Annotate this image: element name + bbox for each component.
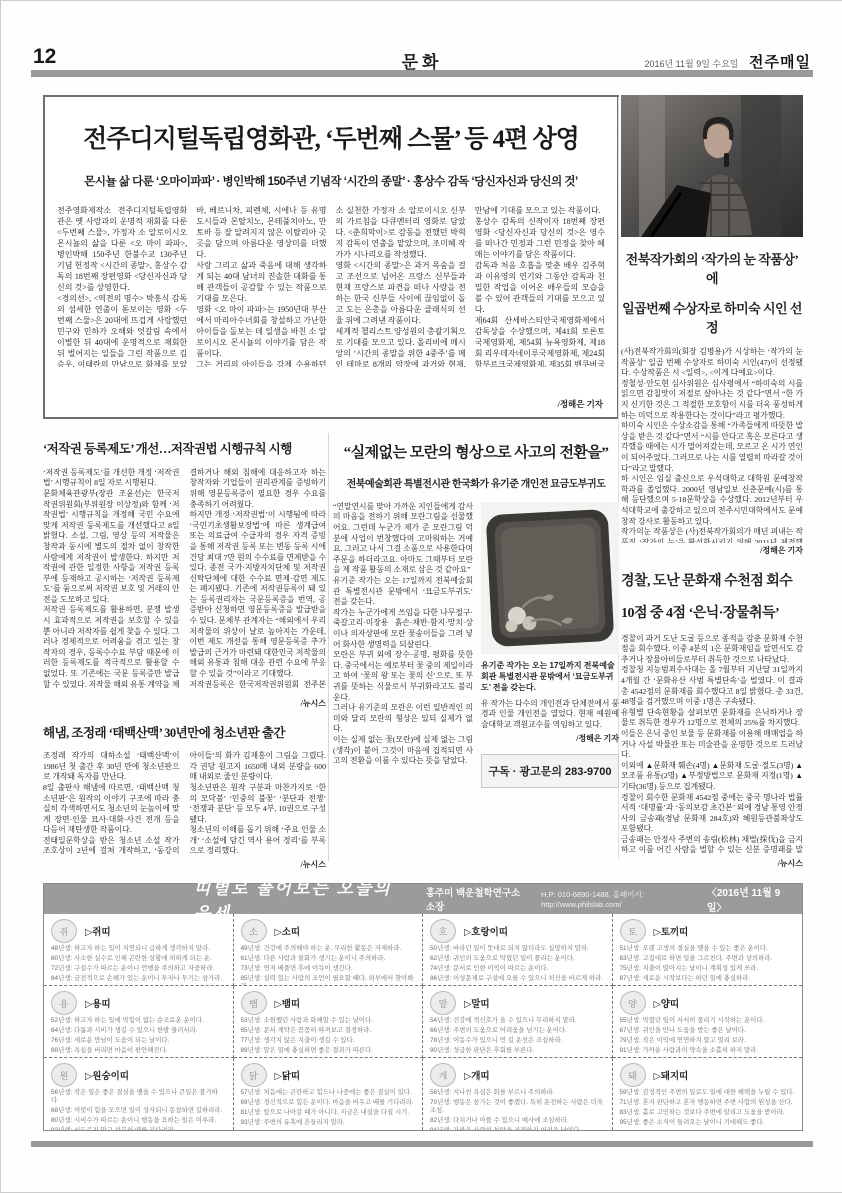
fortune-line: 51년생: 오랜 고생의 결실을 맺을 수 있는 좋은 운이다. — [620, 945, 796, 954]
exhibition-right-column: 유기준 작가는 오는 17일까지 전북예술회관 특별전시관 문밖에서 ‘묘금도부… — [481, 502, 619, 788]
exhibition-subheadline: 전북예술회관 특별전시관 한국화가 유기준 개인전 묘금도부귀도 — [333, 475, 619, 490]
fortune-line: 52년생: 하고자 하는 일에 막힘이 없는 순조로운 운이다. — [51, 1017, 226, 1026]
zodiac-name: ▷용띠 — [85, 996, 111, 1010]
horoscope-cell-pig: 돼▷돼지띠 59년생: 감정적인 주변의 일로도 일에 대한 혜택을 누릴 수 … — [613, 1058, 803, 1130]
award-byline: /정해은 기자 — [621, 545, 803, 556]
zodiac-name: ▷쥐띠 — [85, 924, 111, 938]
fortune-line: 80년생: 시비수가 따르는 운이니 행동을 요하는 일은 미루라. — [51, 1117, 226, 1126]
horse-icon: 말 — [430, 991, 456, 1015]
book-article-body: 조정래 작가의 대하소설 ‘태백산맥’이 1986년 첫 출간 후 30년 만에… — [43, 751, 326, 857]
main-article: 전주디지털독립영화관, ‘두번째 스물’ 등 4편 상영 몬시뇰 삶 다룬 ‘오… — [43, 95, 619, 419]
fortune-line: 94년생: 가까운 사람의 부탁을 거절하기 어려운 날이다. — [430, 1127, 605, 1130]
horoscope-author: 홍주미 백운철학연구소 소장 — [426, 885, 529, 913]
horoscope-date: 〈2016년 11월 9일〉 — [707, 884, 790, 914]
fortune-line: 72년생: 구설수가 따르는 운이니 언행을 주의하고 자중하라. — [51, 965, 226, 974]
fortune-line: 76년생: 새로운 만남이 도움이 되는 날이다. — [51, 1037, 226, 1046]
horoscope-header-bar: 띠별로 풀어보는 오늘의 운세 홍주미 백운철학연구소 소장 H.P: 010-… — [44, 884, 802, 914]
fortune-line: 92년생: 서두르지 말고 차분히 때를 기다려라. — [51, 1127, 226, 1130]
fortune-line: 69년생: 정신적으로 힘든 운이다. 마음을 비우고 때를 기다려라. — [241, 1099, 416, 1108]
fortune-line: 91년생: 가까운 사람과의 약속을 소홀히 하지 말라. — [620, 1047, 796, 1056]
police-headline-line2: 10점 중 4점 ‘은닉·장물취득’ — [621, 602, 803, 622]
rat-icon: 쥐 — [51, 919, 77, 943]
police-byline: /뉴시스 — [621, 858, 803, 869]
fortune-line: 54년생: 건강에 적신호가 올 수 있으니 무리하지 말라. — [430, 1017, 605, 1026]
fortune-line: 65년생: 문서 계약은 꼼꼼히 따져보고 결정하라. — [241, 1027, 416, 1036]
horoscope-cell-rabbit: 토▷토끼띠 51년생: 오랜 고생의 결실을 맺을 수 있는 좋은 운이다. 6… — [613, 914, 803, 986]
fortune-line: 86년생: 이성문제로 구설에 오를 수 있으니 처신을 바르게 하라. — [430, 975, 605, 984]
fortune-line: 55년생: 막혔던 일이 서서히 풀리기 시작하는 운이다. — [620, 1017, 796, 1026]
masthead: 2016년 11월 9일 수요일 전주매일 — [644, 51, 811, 72]
award-article-body: (사)전북작가회의(회장 김병용)가 시상하는 ‘작가의 눈 작품상’ 일곱 번… — [621, 347, 803, 543]
award-headline-line2: 일곱번째 수상자로 하미숙 시인 선정 — [621, 298, 803, 336]
ox-icon: 소 — [241, 919, 267, 943]
fortune-line: 64년생: 다툼과 시비가 생길 수 있으니 한발 물러서라. — [51, 1027, 226, 1036]
fortune-line: 58년생: 지나친 욕심은 화를 부르니 주의하라. — [430, 1089, 605, 1098]
zodiac-name: ▷뱀띠 — [275, 996, 301, 1010]
fortune-line: 59년생: 감정적인 주변의 일로도 일에 대한 혜택을 누릴 수 있다. — [620, 1089, 796, 1098]
exhibition-article: “실제없는 모란의 형상으로 사고의 전환을” 전북예술회관 특별전시관 한국화… — [333, 429, 619, 788]
main-byline: /정해은 기자 — [557, 398, 603, 410]
horoscope-cell-horse: 말▷말띠 54년생: 건강에 적신호가 올 수 있으니 무리하지 말라. 66년… — [423, 986, 613, 1058]
fortune-line: 79년생: 작은 이익에 연연하지 말고 멀리 보라. — [620, 1037, 796, 1046]
exhibition-body-right: 유 작가는 다수의 개인전과 단체전에서 풍경과 인물 개인전을 열었다. 현재… — [481, 699, 619, 731]
zodiac-name: ▷닭띠 — [275, 1068, 301, 1082]
fortune-line: 61년생: 다른 사람과 불화가 생기는 운이니 주의하라. — [241, 955, 416, 964]
fortune-line: 56년생: 작은 일은 좋은 결실을 맺을 수 있으나 큰일은 불가하다. — [51, 1089, 226, 1106]
header-rule — [31, 70, 813, 77]
fortune-line: 93년생: 주변의 유혹에 흔들리지 말라. — [241, 1119, 416, 1128]
fortune-line: 78년생: 이동수가 있으니 먼 길 운전은 조심하라. — [430, 1037, 605, 1046]
horoscope-cell-dragon: 용▷용띠 52년생: 하고자 하는 일에 막힘이 없는 순조로운 운이다. 64… — [44, 986, 234, 1058]
award-headline-line1: 전북작가회의 ‘작가의 눈 작품상’ 에 — [621, 249, 803, 287]
fortune-line: 48년생: 하고자 하는 일이 지연되니 급하게 생각하지 말라. — [51, 945, 226, 954]
book-byline: /뉴시스 — [43, 859, 326, 870]
tiger-icon: 호 — [430, 919, 456, 943]
zodiac-name: ▷돼지띠 — [654, 1068, 689, 1082]
column-divider — [328, 433, 329, 861]
fortune-line: 95년생: 좋은 소식이 들려오는 날이니 기대해도 좋다. — [620, 1119, 796, 1128]
award-winner-photo — [621, 95, 803, 237]
fortune-line: 87년생: 새로운 시작보다는 하던 일에 충실하라. — [620, 975, 796, 984]
horoscope-cell-dog: 개▷개띠 58년생: 지나친 욕심은 화를 부르니 주의하라. 70년생: 행동… — [423, 1058, 613, 1130]
police-article-body: 경찰이 과거 도난 도굴 등으로 종적을 감춘 문화재 수천점을 회수했다. 이… — [621, 634, 803, 856]
fortune-line: 66년생: 주변의 도움으로 어려움을 넘기는 운이다. — [430, 1027, 605, 1036]
horoscope-cell-tiger: 호▷호랑이띠 50년생: 바라던 일이 뜻대로 되지 않더라도 실망하지 말라.… — [423, 914, 613, 986]
horoscope-cell-snake: 뱀▷뱀띠 53년생: 소원했던 사람과 화해할 수 있는 날이다. 65년생: … — [234, 986, 424, 1058]
book-headline: 해냄, 조정래 ‘태백산맥’ 30년만에 청소년판 출간 — [43, 723, 326, 741]
left-column-articles: ‘저작권 등록제도’ 개선…저작권법 시행규칙 시행 ‘저작권 등록제도’를 개… — [43, 429, 326, 870]
dragon-icon: 용 — [51, 991, 77, 1015]
main-subheadline: 몬시뇰 삶 다룬 ‘오마이파파’ · 병인박해 150주년 기념작 ‘시간의 종… — [53, 173, 609, 189]
dog-icon: 개 — [430, 1063, 456, 1087]
rabbit-icon: 토 — [620, 919, 646, 943]
fortune-line: 83년생: 홀로 고민하는 것보다 주변에 알리고 도움을 받아라. — [620, 1109, 796, 1118]
fortune-line: 90년생: 성급한 판단은 후회를 부른다. — [430, 1047, 605, 1056]
fortune-line: 85년생: 실력 있는 사람의 조언이 필요할 때다. 외부에서 찾아봐라. — [241, 975, 416, 986]
main-column-2: 바, 베르니차, 피렌체, 시에나 등 유명 도시들과 몬탈치노, 몬테풀치아노… — [196, 205, 326, 367]
main-article-body: 전주영화제작소 전주디지털독립영화관은 옛 사랑과의 운명적 재회를 다룬 <두… — [57, 205, 605, 367]
issue-date: 2016년 11월 9일 수요일 — [644, 59, 738, 69]
artwork-caption: 유기준 작가는 오는 17일까지 전북예술회관 특별전시관 문밖에서 ‘묘금도부… — [481, 660, 619, 693]
footer-rule — [31, 1141, 813, 1147]
sidebar: 전북작가회의 ‘작가의 눈 작품상’ 에 일곱번째 수상자로 하미숙 시인 선정… — [621, 95, 803, 869]
fortune-line: 68년생: 여럿이 힘을 모으면 일이 성사되니 동참하면 길하리라. — [51, 1107, 226, 1116]
monkey-icon: 원 — [51, 1063, 77, 1087]
copyright-byline: /뉴시스 — [43, 698, 326, 709]
horoscope-cell-ox: 소▷소띠 49년생: 건강에 주의해야 하는 운. 무리한 활동은 자제하라. … — [234, 914, 424, 986]
zodiac-name: ▷말띠 — [464, 996, 490, 1010]
fortune-line: 74년생: 문서로 인한 이익이 따르는 운이다. — [430, 965, 605, 974]
fortune-line: 84년생: 금전적으로 손해가 있는 운이니 투자나 투기는 삼가라. — [51, 975, 226, 984]
fortune-line: 49년생: 건강에 주의해야 하는 운. 무리한 활동은 자제하라. — [241, 945, 416, 954]
fortune-line: 71년생: 혼자 판단하고 혼자 행동하면 주변 사람의 원성을 산다. — [620, 1099, 796, 1108]
fortune-line: 88년생: 욕심을 버리면 마음이 편안해진다. — [51, 1047, 226, 1056]
newspaper-page: 12 문화 2016년 11월 9일 수요일 전주매일 전주디지털독립영화관, … — [0, 0, 842, 1193]
horoscope-cell-rooster: 닭▷닭띠 57년생: 처음에는 곤란하고 힘드나 나중에는 좋은 결실이 있다.… — [234, 1058, 424, 1130]
zodiac-name: ▷호랑이띠 — [464, 924, 508, 938]
fortune-line: 50년생: 바라던 일이 뜻대로 되지 않더라도 실망하지 말라. — [430, 945, 605, 954]
fortune-line: 73년생: 먼저 베풀면 후에 이득이 생긴다. — [241, 965, 416, 974]
subscribe-ad-box: 구독 · 광고문의 283-9700 — [481, 754, 619, 788]
zodiac-name: ▷개띠 — [464, 1068, 490, 1082]
rooster-icon: 닭 — [241, 1063, 267, 1087]
goat-icon: 양 — [620, 991, 646, 1015]
main-column-1: 전주영화제작소 전주디지털독립영화관은 옛 사랑과의 운명적 재회를 다룬 <두… — [57, 205, 187, 367]
artwork-photo — [481, 502, 619, 654]
fortune-line: 70년생: 행동은 삼가는 것이 좋겠다. 특히 운전하는 사람은 더욱 조심. — [430, 1099, 605, 1116]
main-column-3: 소 실천한 가정자 소 알로이시오 신부의 가르침을 다큐멘터리 영화로 담았다… — [336, 205, 466, 367]
horoscope-grid: 쥐▷쥐띠 48년생: 하고자 하는 일이 지연되니 급하게 생각하지 말라. 6… — [44, 914, 802, 1130]
fortune-line: 53년생: 소원했던 사람과 화해할 수 있는 날이다. — [241, 1017, 416, 1026]
zodiac-name: ▷토끼띠 — [654, 924, 689, 938]
fortune-line: 63년생: 고집대로 하면 일을 그르친다. 주변과 상의하라. — [620, 955, 796, 964]
fortune-line: 67년생: 귀인을 만나 도움을 받는 좋은 날이다. — [620, 1027, 796, 1036]
snake-icon: 뱀 — [241, 991, 267, 1015]
fortune-line: 89년생: 맡은 일에 충실하면 좋은 결과가 따른다. — [241, 1047, 416, 1056]
horoscope-cell-monkey: 원▷원숭이띠 56년생: 작은 일은 좋은 결실을 맺을 수 있으나 큰일은 불… — [44, 1058, 234, 1130]
exhibition-body-left: “연말연시를 맞아 가까운 지인들에게 감사의 마음을 전하기 위해 모란그림을… — [333, 502, 473, 788]
fortune-line: 82년생: 다치거나 아플 수 있으니 매사에 조심하라. — [430, 1117, 605, 1126]
horoscope-contact: H.P: 010-6890-1488, 홈페이지: http://www.phi… — [541, 889, 707, 909]
main-column-4: 만남에 기대를 모으고 있는 작품이다. 홍상수 감독의 신작이자 18번째 장… — [475, 205, 605, 367]
exhibition-headline: “실제없는 모란의 형상으로 사고의 전환을” — [333, 441, 619, 462]
horoscope-cell-goat: 양▷양띠 55년생: 막혔던 일이 서서히 풀리기 시작하는 운이다. 67년생… — [613, 986, 803, 1058]
copyright-headline: ‘저작권 등록제도’ 개선…저작권법 시행규칙 시행 — [43, 439, 326, 457]
police-headline-line1: 경찰, 도난 문화재 수천점 회수 — [621, 570, 803, 590]
exhibition-byline: /정해은 기자 — [481, 733, 619, 744]
zodiac-name: ▷원숭이띠 — [85, 1068, 129, 1082]
fortune-line: 57년생: 처음에는 곤란하고 힘드나 나중에는 좋은 결실이 있다. — [241, 1089, 416, 1098]
horoscope-section: 띠별로 풀어보는 오늘의 운세 홍주미 백운철학연구소 소장 H.P: 010-… — [43, 883, 803, 1131]
fortune-line: 81년생: 앞으로 나아갈 때가 아니다. 지금은 내실을 다질 시기. — [241, 1109, 416, 1118]
fortune-line: 62년생: 귀인의 도움으로 막혔던 일이 풀리는 운이다. — [430, 955, 605, 964]
horoscope-cell-rat: 쥐▷쥐띠 48년생: 하고자 하는 일이 지연되니 급하게 생각하지 말라. 6… — [44, 914, 234, 986]
paper-name: 전주매일 — [749, 54, 811, 71]
main-headline: 전주디지털독립영화관, ‘두번째 스물’ 등 4편 상영 — [55, 119, 607, 155]
zodiac-name: ▷소띠 — [275, 924, 301, 938]
fortune-line: 77년생: 생각지 않은 지출이 생길 수 있다. — [241, 1037, 416, 1046]
fortune-line: 75년생: 지출이 많아지는 날이니 계획성 있게 쓰라. — [620, 965, 796, 974]
copyright-article-body: ‘저작권 등록제도’를 개선한 개정 ‘저작권법’ 시행규칙이 8일 자로 시행… — [43, 468, 326, 696]
fortune-line: 60년생: 사소한 실수로 인해 곤란한 상황에 처하게 되는 운. — [51, 955, 226, 964]
zodiac-name: ▷양띠 — [654, 996, 680, 1010]
pig-icon: 돼 — [620, 1063, 646, 1087]
